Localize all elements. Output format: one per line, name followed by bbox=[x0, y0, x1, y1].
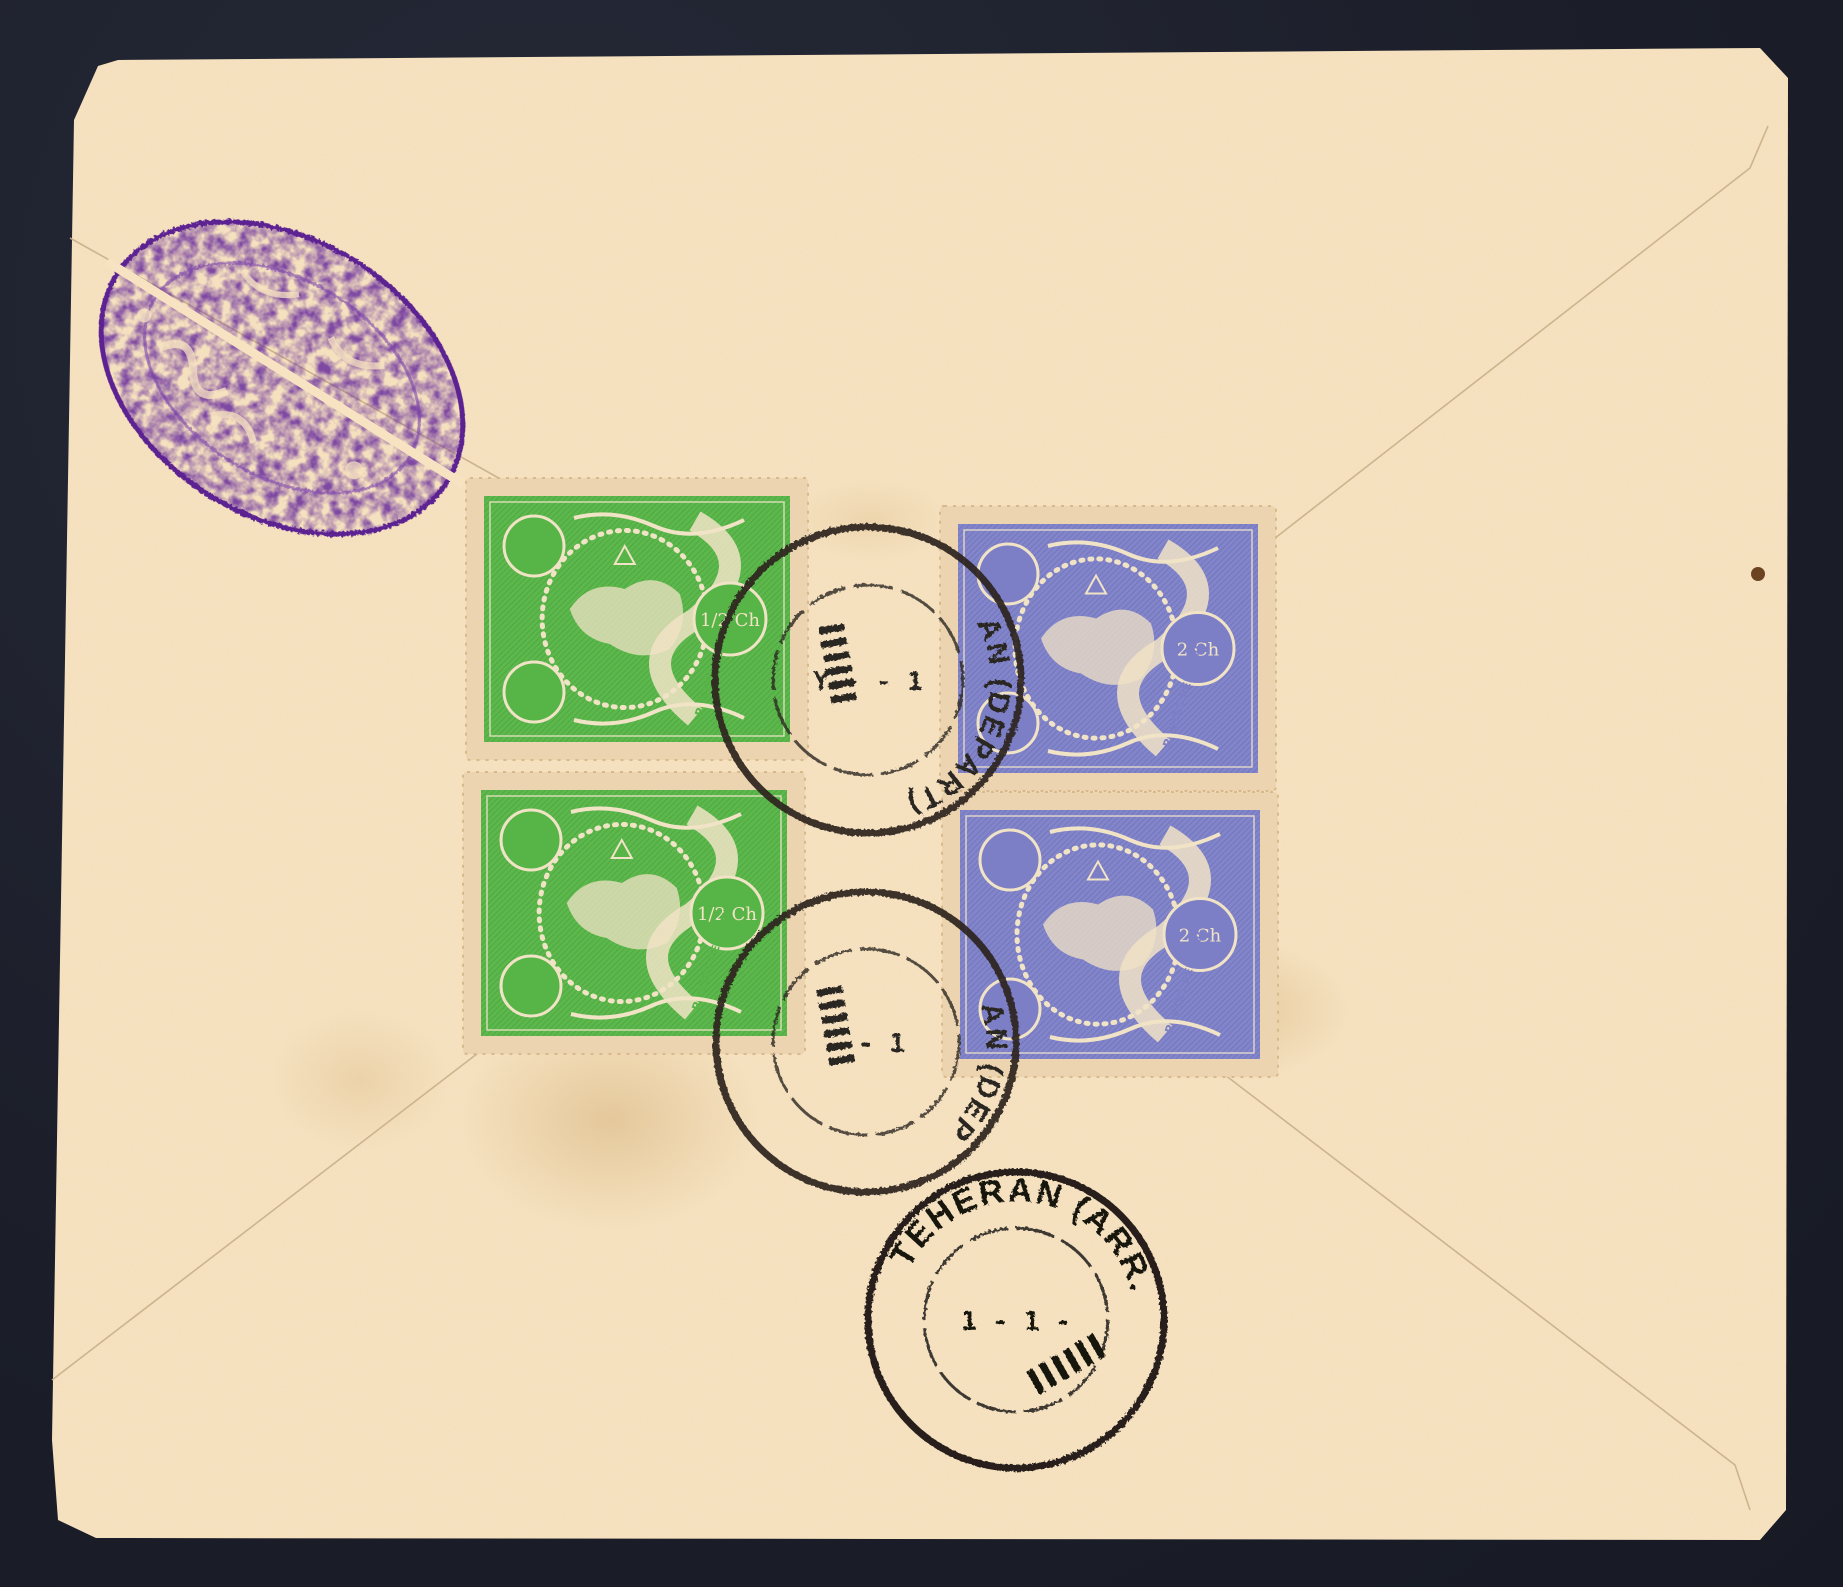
stamp-top-left: 1/2 ChPOSTES PERSANES bbox=[466, 478, 808, 760]
stamp-bottom-left: 1/2 ChPOSTES PERSANES bbox=[463, 772, 805, 1054]
envelope-back: 1/2 ChPOSTES PERSANES1/2 ChPOSTES PERSAN… bbox=[0, 0, 1843, 1587]
ink-spot bbox=[1751, 567, 1765, 581]
svg-text:1 - 1 -: 1 - 1 - bbox=[961, 1307, 1071, 1337]
